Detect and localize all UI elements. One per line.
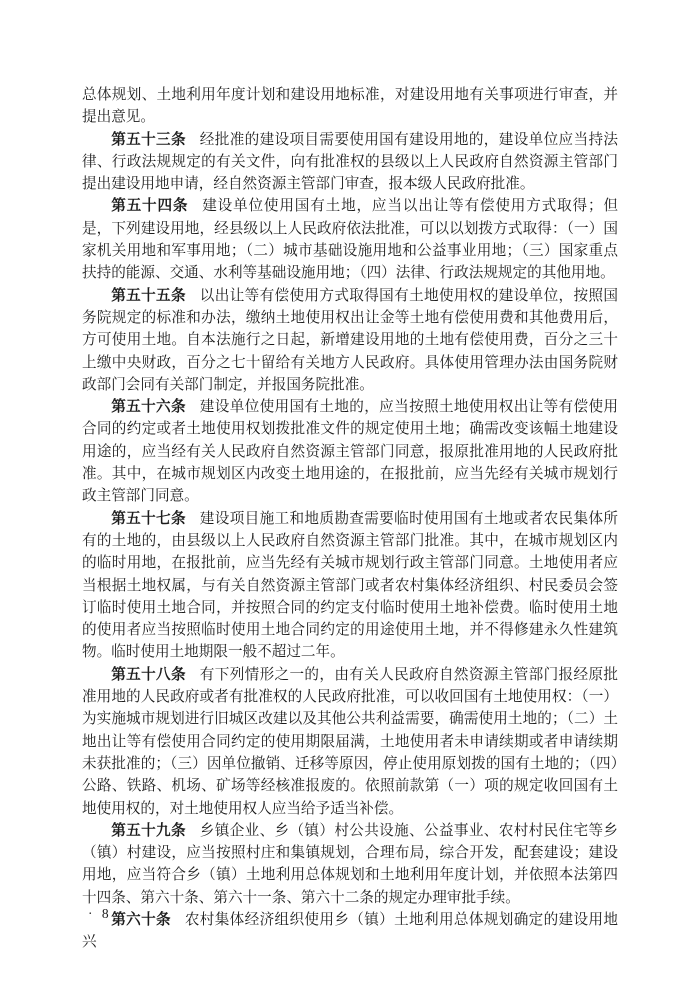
article-number: 第五十四条 bbox=[111, 198, 188, 214]
article-56-paragraph: 第五十六条建设单位使用国有土地的，应当按照土地使用权出让等有偿使用合同的约定或者… bbox=[82, 396, 618, 507]
article-53-paragraph: 第五十三条经批准的建设项目需要使用国有建设用地的，建设单位应当持法律、行政法规规… bbox=[82, 129, 618, 196]
article-number: 第五十七条 bbox=[111, 511, 186, 527]
article-text: 有下列情形之一的，由有关人民政府自然资源主管部门报经原批准用地的人民政府或者有批… bbox=[82, 667, 618, 817]
article-55-paragraph: 第五十五条以出让等有偿使用方式取得国有土地使用权的建设单位，按照国务院规定的标准… bbox=[82, 285, 618, 396]
law-text-block: 总体规划、土地利用年度计划和建设用地标准，对建设用地有关事项进行审查，并提出意见… bbox=[82, 84, 618, 954]
article-59-paragraph: 第五十九条乡镇企业、乡（镇）村公共设施、公益事业、农村村民住宅等乡（镇）村建设，… bbox=[82, 820, 618, 909]
article-60-paragraph: 第六十条农村集体经济组织使用乡（镇）土地利用总体规划确定的建设用地兴 bbox=[82, 909, 618, 954]
article-text: 总体规划、土地利用年度计划和建设用地标准，对建设用地有关事项进行审查，并提出意见… bbox=[82, 87, 618, 125]
document-page: 总体规划、土地利用年度计划和建设用地标准，对建设用地有关事项进行审查，并提出意见… bbox=[0, 0, 699, 982]
article-57-paragraph: 第五十七条建设项目施工和地质勘查需要临时使用国有土地或者农民集体所有的土地的，由… bbox=[82, 508, 618, 664]
article-number: 第五十八条 bbox=[111, 667, 186, 683]
article-text: 建设项目施工和地质勘查需要临时使用国有土地或者农民集体所有的土地的，由县级以上人… bbox=[82, 511, 618, 661]
page-number: · 8 · bbox=[88, 906, 126, 922]
continuation-paragraph: 总体规划、土地利用年度计划和建设用地标准，对建设用地有关事项进行审查，并提出意见… bbox=[82, 84, 618, 129]
article-number: 第五十五条 bbox=[111, 288, 186, 304]
article-number: 第五十六条 bbox=[111, 399, 186, 415]
article-number: 第五十三条 bbox=[111, 132, 186, 148]
article-number: 第五十九条 bbox=[111, 823, 186, 839]
article-54-paragraph: 第五十四条建设单位使用国有土地，应当以出让等有偿使用方式取得；但是，下列建设用地… bbox=[82, 195, 618, 284]
article-58-paragraph: 第五十八条有下列情形之一的，由有关人民政府自然资源主管部门报经原批准用地的人民政… bbox=[82, 664, 618, 820]
